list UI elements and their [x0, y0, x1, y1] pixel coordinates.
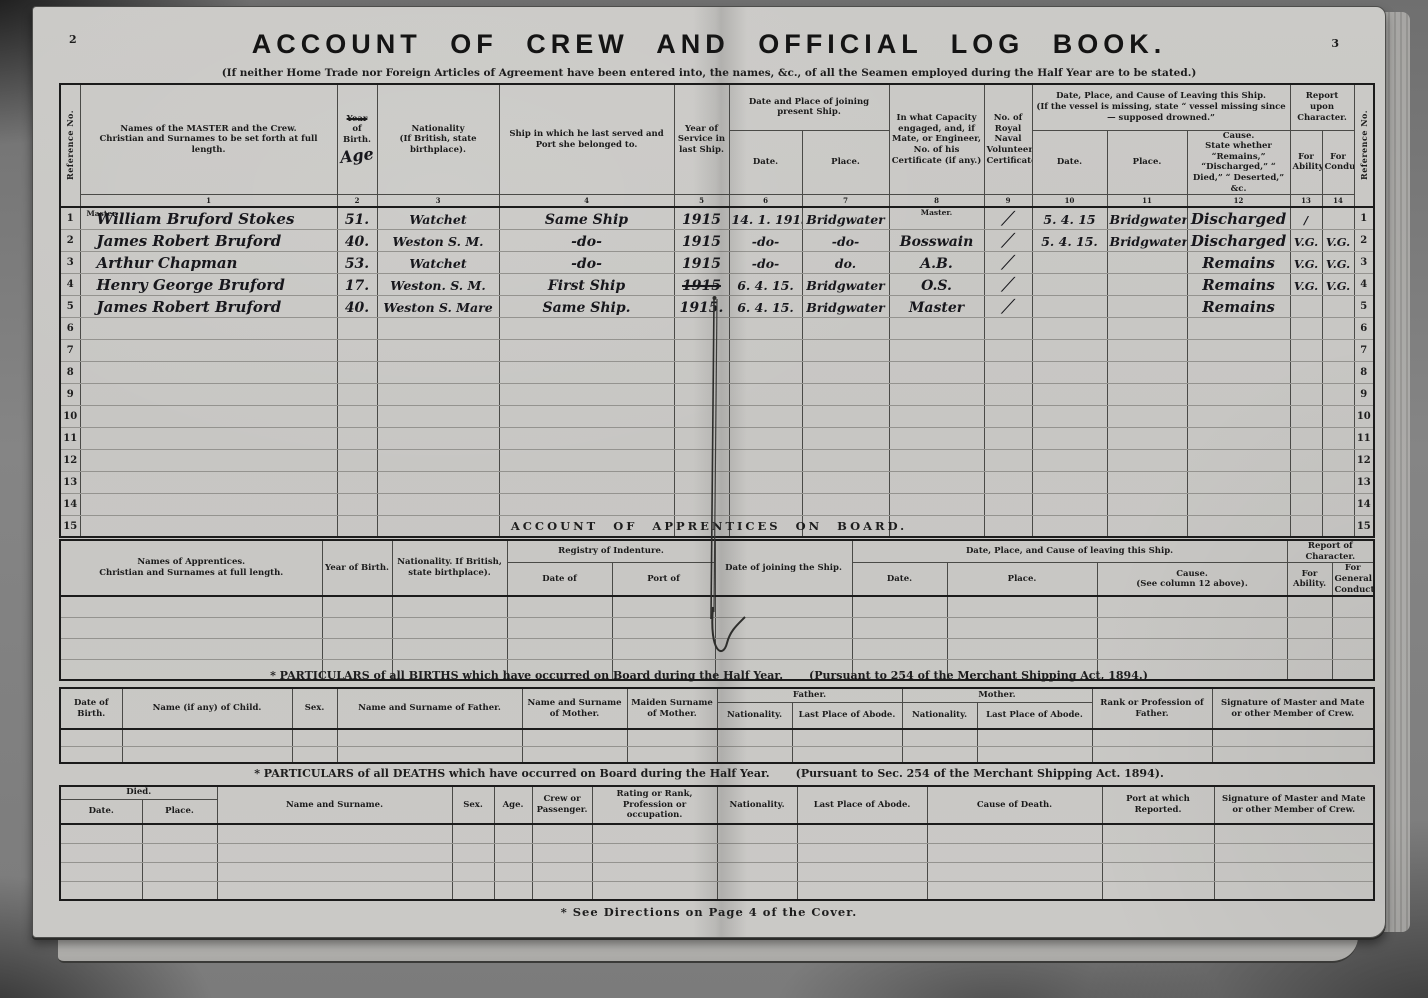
crew-age-cell — [337, 493, 377, 515]
crew-year-service-cell — [674, 471, 729, 493]
crew-name-cell — [80, 361, 337, 383]
col-number: 6 — [729, 195, 802, 207]
births-title: * PARTICULARS of all BIRTHS which have o… — [33, 669, 1385, 682]
crew-leave-place-cell — [1107, 361, 1187, 383]
crew-age-cell: 51. — [337, 207, 377, 230]
crew-join-date-cell: -do- — [729, 229, 802, 251]
crew-row: 4 Henry George Bruford 17. Weston. S. M.… — [60, 273, 1374, 295]
crew-conduct-cell — [1322, 207, 1354, 230]
empty-cell — [977, 729, 1092, 746]
reference-number-right: 13 — [1354, 471, 1374, 493]
crew-name-cell: Henry George Bruford — [80, 273, 337, 295]
empty-cell — [452, 881, 494, 900]
deaths-header-name: Name and Surname. — [217, 786, 452, 824]
crew-cause-cell — [1187, 317, 1290, 339]
crew-row: 5 James Robert Bruford 40. Weston S. Mar… — [60, 295, 1374, 317]
printed-master-note: Master. — [87, 209, 119, 218]
crew-join-date-cell: 14. 1. 1915 — [729, 207, 802, 230]
apprentices-header-leaving-group: Date, Place, and Cause of leaving this S… — [852, 540, 1287, 563]
crew-join-date-cell: 6. 4. 15. — [729, 273, 802, 295]
crew-conduct-cell — [1322, 317, 1354, 339]
empty-cell — [507, 638, 612, 659]
crew-row: 10 10 — [60, 405, 1374, 427]
crew-join-date-cell — [729, 427, 802, 449]
empty-cell — [1097, 638, 1287, 659]
empty-cell — [1287, 638, 1332, 659]
crew-join-place-cell — [802, 471, 889, 493]
crew-join-date-cell — [729, 317, 802, 339]
crew-conduct-cell — [1322, 383, 1354, 405]
reference-number-right: 11 — [1354, 427, 1374, 449]
empty-cell — [852, 638, 947, 659]
empty-cell — [792, 746, 902, 763]
crew-leave-date-cell: 5. 4. 15. — [1032, 229, 1107, 251]
crew-cause-cell: Remains — [1187, 251, 1290, 273]
crew-table: Reference No. Names of the MASTER and th… — [59, 83, 1375, 538]
deaths-header-sex: Sex. — [452, 786, 494, 824]
crew-leave-date-cell — [1032, 427, 1107, 449]
crew-header-reference-left: Reference No. — [60, 84, 80, 207]
apprentices-header-place: Place. — [947, 563, 1097, 596]
crew-year-service-cell — [674, 427, 729, 449]
crew-year-service-cell: 1915 — [674, 207, 729, 230]
empty-cell — [1214, 824, 1374, 843]
crew-year-service-cell: 1915 — [674, 273, 729, 295]
apprentices-row — [60, 596, 1374, 617]
empty-cell — [494, 824, 532, 843]
crew-leave-place-cell — [1107, 427, 1187, 449]
crew-capacity-cell — [889, 405, 984, 427]
col-number: 14 — [1322, 195, 1354, 207]
crew-leave-date-cell — [1032, 317, 1107, 339]
apprentices-row — [60, 638, 1374, 659]
empty-cell — [1102, 881, 1214, 900]
crew-conduct-cell — [1322, 339, 1354, 361]
deaths-header-signature: Signature of Master and Mate or other Me… — [1214, 786, 1374, 824]
reference-number-right: 14 — [1354, 493, 1374, 515]
crew-rnv-cell — [984, 427, 1032, 449]
col-number: 1 — [80, 195, 337, 207]
crew-year-service-cell — [674, 361, 729, 383]
apprentices-table: Names of Apprentices.Christian and Surna… — [59, 539, 1375, 681]
col-number: 4 — [499, 195, 674, 207]
empty-cell — [392, 638, 507, 659]
empty-cell — [494, 862, 532, 881]
crew-nationality-cell — [377, 493, 499, 515]
crew-join-place-cell — [802, 427, 889, 449]
crew-row: 2 James Robert Bruford 40. Weston S. M. … — [60, 229, 1374, 251]
crew-age-cell: 53. — [337, 251, 377, 273]
deaths-header-nationality: Nationality. — [717, 786, 797, 824]
empty-cell — [1214, 843, 1374, 862]
crew-conduct-cell — [1322, 405, 1354, 427]
crew-rnv-cell: / — [984, 251, 1032, 273]
empty-cell — [927, 843, 1102, 862]
crew-header-ship: Ship in which he last served and Port sh… — [499, 84, 674, 195]
empty-cell — [902, 746, 977, 763]
crew-join-place-cell: do. — [802, 251, 889, 273]
deaths-header-port: Port at which Reported. — [1102, 786, 1214, 824]
crew-leave-date-cell — [1032, 251, 1107, 273]
crew-nationality-cell — [377, 383, 499, 405]
apprentices-header-date-of: Date of — [507, 563, 612, 596]
crew-last-ship-cell — [499, 317, 674, 339]
crew-ability-cell — [1290, 295, 1322, 317]
crew-leave-place-cell — [1107, 405, 1187, 427]
empty-cell — [60, 881, 142, 900]
empty-cell — [1097, 596, 1287, 617]
deaths-row — [60, 862, 1374, 881]
empty-cell — [1212, 746, 1374, 763]
empty-cell — [927, 824, 1102, 843]
crew-capacity-cell: A.B. — [889, 251, 984, 273]
crew-capacity-cell: Bosswain — [889, 229, 984, 251]
empty-cell — [717, 843, 797, 862]
ledger-sheet: 2 3 ACCOUNT OF CREW AND OFFICIAL LOG BOO… — [32, 6, 1386, 938]
reference-number-right: 3 — [1354, 251, 1374, 273]
births-header-father-abode: Last Place of Abode. — [792, 702, 902, 729]
crew-leave-place-cell — [1107, 339, 1187, 361]
empty-cell — [947, 638, 1097, 659]
col-number: 2 — [337, 195, 377, 207]
empty-cell — [142, 862, 217, 881]
empty-cell — [452, 824, 494, 843]
empty-cell — [717, 862, 797, 881]
deaths-header-age: Age. — [494, 786, 532, 824]
crew-rnv-cell — [984, 339, 1032, 361]
crew-leave-place-cell — [1107, 383, 1187, 405]
crew-year-service-cell — [674, 405, 729, 427]
crew-last-ship-cell: Same Ship. — [499, 295, 674, 317]
col-number: 8 — [889, 195, 984, 207]
apprentices-header-conduct: For General Conduct. — [1332, 563, 1374, 596]
deaths-row — [60, 881, 1374, 900]
crew-nationality-cell — [377, 361, 499, 383]
empty-cell — [1092, 746, 1212, 763]
crew-leave-date-cell — [1032, 493, 1107, 515]
reference-number-left: 1 — [60, 207, 80, 230]
births-header-child: Name (if any) of Child. — [122, 688, 292, 729]
crew-header-for-ability: For Ability. — [1290, 130, 1322, 195]
empty-cell — [592, 862, 717, 881]
crew-ability-cell: V.G. — [1290, 273, 1322, 295]
crew-nationality-cell — [377, 427, 499, 449]
col-number: 7 — [802, 195, 889, 207]
crew-join-place-cell: Bridgwater — [802, 207, 889, 230]
crew-leave-date-cell — [1032, 383, 1107, 405]
crew-capacity-cell — [889, 317, 984, 339]
crew-join-place-cell — [802, 493, 889, 515]
crew-last-ship-cell — [499, 493, 674, 515]
crew-leave-date-cell: 5. 4. 15 — [1032, 207, 1107, 230]
crew-join-date-cell: -do- — [729, 251, 802, 273]
empty-cell — [1332, 617, 1374, 638]
empty-cell — [927, 881, 1102, 900]
crew-join-place-cell — [802, 405, 889, 427]
crew-capacity-cell — [889, 471, 984, 493]
crew-row: 7 7 — [60, 339, 1374, 361]
crew-name: Henry George Bruford — [97, 276, 285, 294]
crew-row: 6 6 — [60, 317, 1374, 339]
crew-nationality-cell: Weston S. M. — [377, 229, 499, 251]
under-page-edge — [58, 934, 1358, 963]
crew-ability-cell — [1290, 493, 1322, 515]
crew-name-cell — [80, 427, 337, 449]
empty-cell — [452, 843, 494, 862]
crew-join-place-cell: Bridgwater — [802, 295, 889, 317]
crew-body: 1 Master.William Bruford Stokes 51. Watc… — [60, 207, 1374, 538]
crew-leave-date-cell — [1032, 295, 1107, 317]
births-header-father-nationality: Nationality. — [717, 702, 792, 729]
empty-cell — [452, 862, 494, 881]
crew-ability-cell — [1290, 361, 1322, 383]
empty-cell — [392, 617, 507, 638]
crew-join-place-cell — [802, 449, 889, 471]
crew-last-ship-cell: -do- — [499, 229, 674, 251]
births-header-rank: Rank or Profession of Father. — [1092, 688, 1212, 729]
crew-cause-cell — [1187, 449, 1290, 471]
crew-ability-cell: V.G. — [1290, 229, 1322, 251]
reference-number-left: 6 — [60, 317, 80, 339]
empty-cell — [392, 596, 507, 617]
births-header-signature: Signature of Master and Mate or other Me… — [1212, 688, 1374, 729]
crew-age-cell — [337, 449, 377, 471]
apprentices-header-date: Date. — [852, 563, 947, 596]
deaths-header-died-group: Died. — [60, 786, 217, 799]
crew-ability-cell — [1290, 405, 1322, 427]
crew-capacity-cell: O.S. — [889, 273, 984, 295]
deaths-pursuant: (Pursuant to Sec. 254 of the Merchant Sh… — [796, 767, 1164, 780]
crew-last-ship-cell: First Ship — [499, 273, 674, 295]
empty-cell — [122, 729, 292, 746]
empty-cell — [1102, 843, 1214, 862]
crew-rnv-cell — [984, 405, 1032, 427]
empty-cell — [322, 596, 392, 617]
reference-number-right: 2 — [1354, 229, 1374, 251]
crew-conduct-cell: V.G. — [1322, 251, 1354, 273]
births-header-mother-group: Mother. — [902, 688, 1092, 702]
crew-last-ship-cell — [499, 383, 674, 405]
crew-nationality-cell — [377, 317, 499, 339]
crew-header-leave-date: Date. — [1032, 130, 1107, 195]
crew-leave-place-cell — [1107, 251, 1187, 273]
crew-header-rnv-certificate: No. of Royal Naval Volunteer's Certifica… — [984, 84, 1032, 195]
crew-conduct-cell: V.G. — [1322, 229, 1354, 251]
empty-cell — [60, 862, 142, 881]
crew-row: 14 14 — [60, 493, 1374, 515]
apprentices-header-year: Year of Birth. — [322, 540, 392, 596]
crew-name-cell — [80, 383, 337, 405]
crew-leave-place-cell: Bridgwater — [1107, 229, 1187, 251]
crew-name: Arthur Chapman — [97, 254, 238, 272]
crew-rnv-cell: / — [984, 295, 1032, 317]
col-number: 11 — [1107, 195, 1187, 207]
crew-year-service-cell — [674, 449, 729, 471]
crew-age-cell — [337, 383, 377, 405]
empty-cell — [612, 596, 715, 617]
crew-conduct-cell — [1322, 493, 1354, 515]
crew-leave-place-cell: Bridgwater — [1107, 207, 1187, 230]
empty-cell — [852, 617, 947, 638]
empty-cell — [1287, 617, 1332, 638]
empty-cell — [217, 862, 452, 881]
empty-cell — [627, 729, 717, 746]
crew-join-date-cell — [729, 449, 802, 471]
deaths-row — [60, 824, 1374, 843]
births-row — [60, 746, 1374, 763]
col-number: 3 — [377, 195, 499, 207]
reference-number-left: 11 — [60, 427, 80, 449]
crew-rnv-cell: / — [984, 273, 1032, 295]
printed-master-note: Master. — [890, 208, 984, 217]
empty-cell — [217, 824, 452, 843]
births-header-date: Date of Birth. — [60, 688, 122, 729]
apprentices-header-names: Names of Apprentices.Christian and Surna… — [60, 540, 322, 596]
empty-cell — [532, 843, 592, 862]
empty-cell — [494, 881, 532, 900]
crew-header-joining-group: Date and Place of joining present Ship. — [729, 84, 889, 130]
crew-join-place-cell — [802, 339, 889, 361]
crew-year-service-cell — [674, 317, 729, 339]
births-header-mother: Name and Surname of Mother. — [522, 688, 627, 729]
crew-cause-cell — [1187, 493, 1290, 515]
crew-last-ship-cell — [499, 449, 674, 471]
crew-name-cell: James Robert Bruford — [80, 295, 337, 317]
empty-cell — [715, 596, 852, 617]
apprentices-header-registry-group: Registry of Indenture. — [507, 540, 715, 563]
empty-cell — [1102, 862, 1214, 881]
crew-last-ship-cell — [499, 471, 674, 493]
empty-cell — [717, 881, 797, 900]
empty-cell — [60, 617, 322, 638]
deaths-header-cause: Cause of Death. — [927, 786, 1102, 824]
reference-number-left: 10 — [60, 405, 80, 427]
empty-cell — [337, 746, 522, 763]
empty-cell — [60, 746, 122, 763]
crew-capacity-cell: Master. — [889, 207, 984, 230]
empty-cell — [60, 824, 142, 843]
crew-age-cell — [337, 471, 377, 493]
crew-join-place-cell — [802, 361, 889, 383]
crew-header-nationality: Nationality(If British, state birthplace… — [377, 84, 499, 195]
empty-cell — [1287, 596, 1332, 617]
empty-cell — [142, 843, 217, 862]
empty-cell — [322, 617, 392, 638]
crew-leave-place-cell — [1107, 449, 1187, 471]
crew-conduct-cell — [1322, 295, 1354, 317]
empty-cell — [1214, 881, 1374, 900]
crew-row: 1 Master.William Bruford Stokes 51. Watc… — [60, 207, 1374, 230]
crew-rnv-cell — [984, 449, 1032, 471]
empty-cell — [792, 729, 902, 746]
crew-join-date-cell — [729, 361, 802, 383]
crew-rnv-cell — [984, 471, 1032, 493]
crew-cause-cell: Remains — [1187, 295, 1290, 317]
crew-nationality-cell — [377, 405, 499, 427]
crew-name-cell — [80, 317, 337, 339]
crew-header-reference-right: Reference No. — [1354, 84, 1374, 207]
crew-leave-place-cell — [1107, 471, 1187, 493]
empty-cell — [717, 729, 792, 746]
reference-number-left: 8 — [60, 361, 80, 383]
crew-age-cell — [337, 339, 377, 361]
crew-ability-cell: / — [1290, 207, 1322, 230]
births-header-sex: Sex. — [292, 688, 337, 729]
empty-cell — [322, 638, 392, 659]
reference-number-right: 10 — [1354, 405, 1374, 427]
crew-header-leave-place: Place. — [1107, 130, 1187, 195]
crew-leave-place-cell — [1107, 493, 1187, 515]
crew-ability-cell — [1290, 427, 1322, 449]
col-number: 13 — [1290, 195, 1322, 207]
empty-cell — [797, 881, 927, 900]
deaths-header-date: Date. — [60, 799, 142, 824]
col-number: 9 — [984, 195, 1032, 207]
empty-cell — [507, 596, 612, 617]
crew-cause-cell — [1187, 361, 1290, 383]
crew-name-cell — [80, 449, 337, 471]
empty-cell — [142, 881, 217, 900]
crew-last-ship-cell: -do- — [499, 251, 674, 273]
apprentices-header-cause: Cause.(See column 12 above). — [1097, 563, 1287, 596]
births-body — [60, 729, 1374, 763]
crew-age-cell: 17. — [337, 273, 377, 295]
crew-leave-place-cell — [1107, 317, 1187, 339]
empty-cell — [507, 617, 612, 638]
empty-cell — [927, 862, 1102, 881]
births-pursuant: (Pursuant to 254 of the Merchant Shippin… — [809, 669, 1148, 682]
empty-cell — [627, 746, 717, 763]
births-table: Date of Birth. Name (if any) of Child. S… — [59, 687, 1375, 764]
crew-rnv-cell — [984, 317, 1032, 339]
crew-rnv-cell — [984, 383, 1032, 405]
empty-cell — [142, 824, 217, 843]
crew-conduct-cell — [1322, 449, 1354, 471]
crew-header-cause: Cause.State whether “Remains,” “Discharg… — [1187, 130, 1290, 195]
crew-name-cell: Master.William Bruford Stokes — [80, 207, 337, 230]
reference-number-left: 7 — [60, 339, 80, 361]
apprentices-title: ACCOUNT OF APPRENTICES ON BOARD. — [33, 519, 1385, 533]
crew-nationality-cell — [377, 471, 499, 493]
crew-cause-cell — [1187, 405, 1290, 427]
crew-cause-cell — [1187, 383, 1290, 405]
reference-number-right: 8 — [1354, 361, 1374, 383]
deaths-body — [60, 824, 1374, 900]
births-header-father-group: Father. — [717, 688, 902, 702]
reference-number-left: 12 — [60, 449, 80, 471]
crew-cause-cell: Discharged — [1187, 229, 1290, 251]
crew-nationality-cell: Weston S. Mare — [377, 295, 499, 317]
empty-cell — [612, 638, 715, 659]
apprentices-header-port-of: Port of — [612, 563, 715, 596]
crew-ability-cell — [1290, 339, 1322, 361]
page-subtitle: (If neither Home Trade nor Foreign Artic… — [33, 67, 1385, 79]
crew-header-year-of-birth: Yearof Birth. Age — [337, 84, 377, 195]
crew-name-cell: James Robert Bruford — [80, 229, 337, 251]
crew-conduct-cell — [1322, 471, 1354, 493]
empty-cell — [1332, 638, 1374, 659]
crew-cause-cell — [1187, 427, 1290, 449]
crew-last-ship-cell — [499, 405, 674, 427]
page-edges-strip — [1384, 12, 1410, 932]
crew-capacity-cell — [889, 339, 984, 361]
empty-cell — [715, 617, 852, 638]
reference-number-left: 4 — [60, 273, 80, 295]
crew-leave-date-cell — [1032, 273, 1107, 295]
births-row — [60, 729, 1374, 746]
crew-ability-cell — [1290, 383, 1322, 405]
reference-number-left: 14 — [60, 493, 80, 515]
